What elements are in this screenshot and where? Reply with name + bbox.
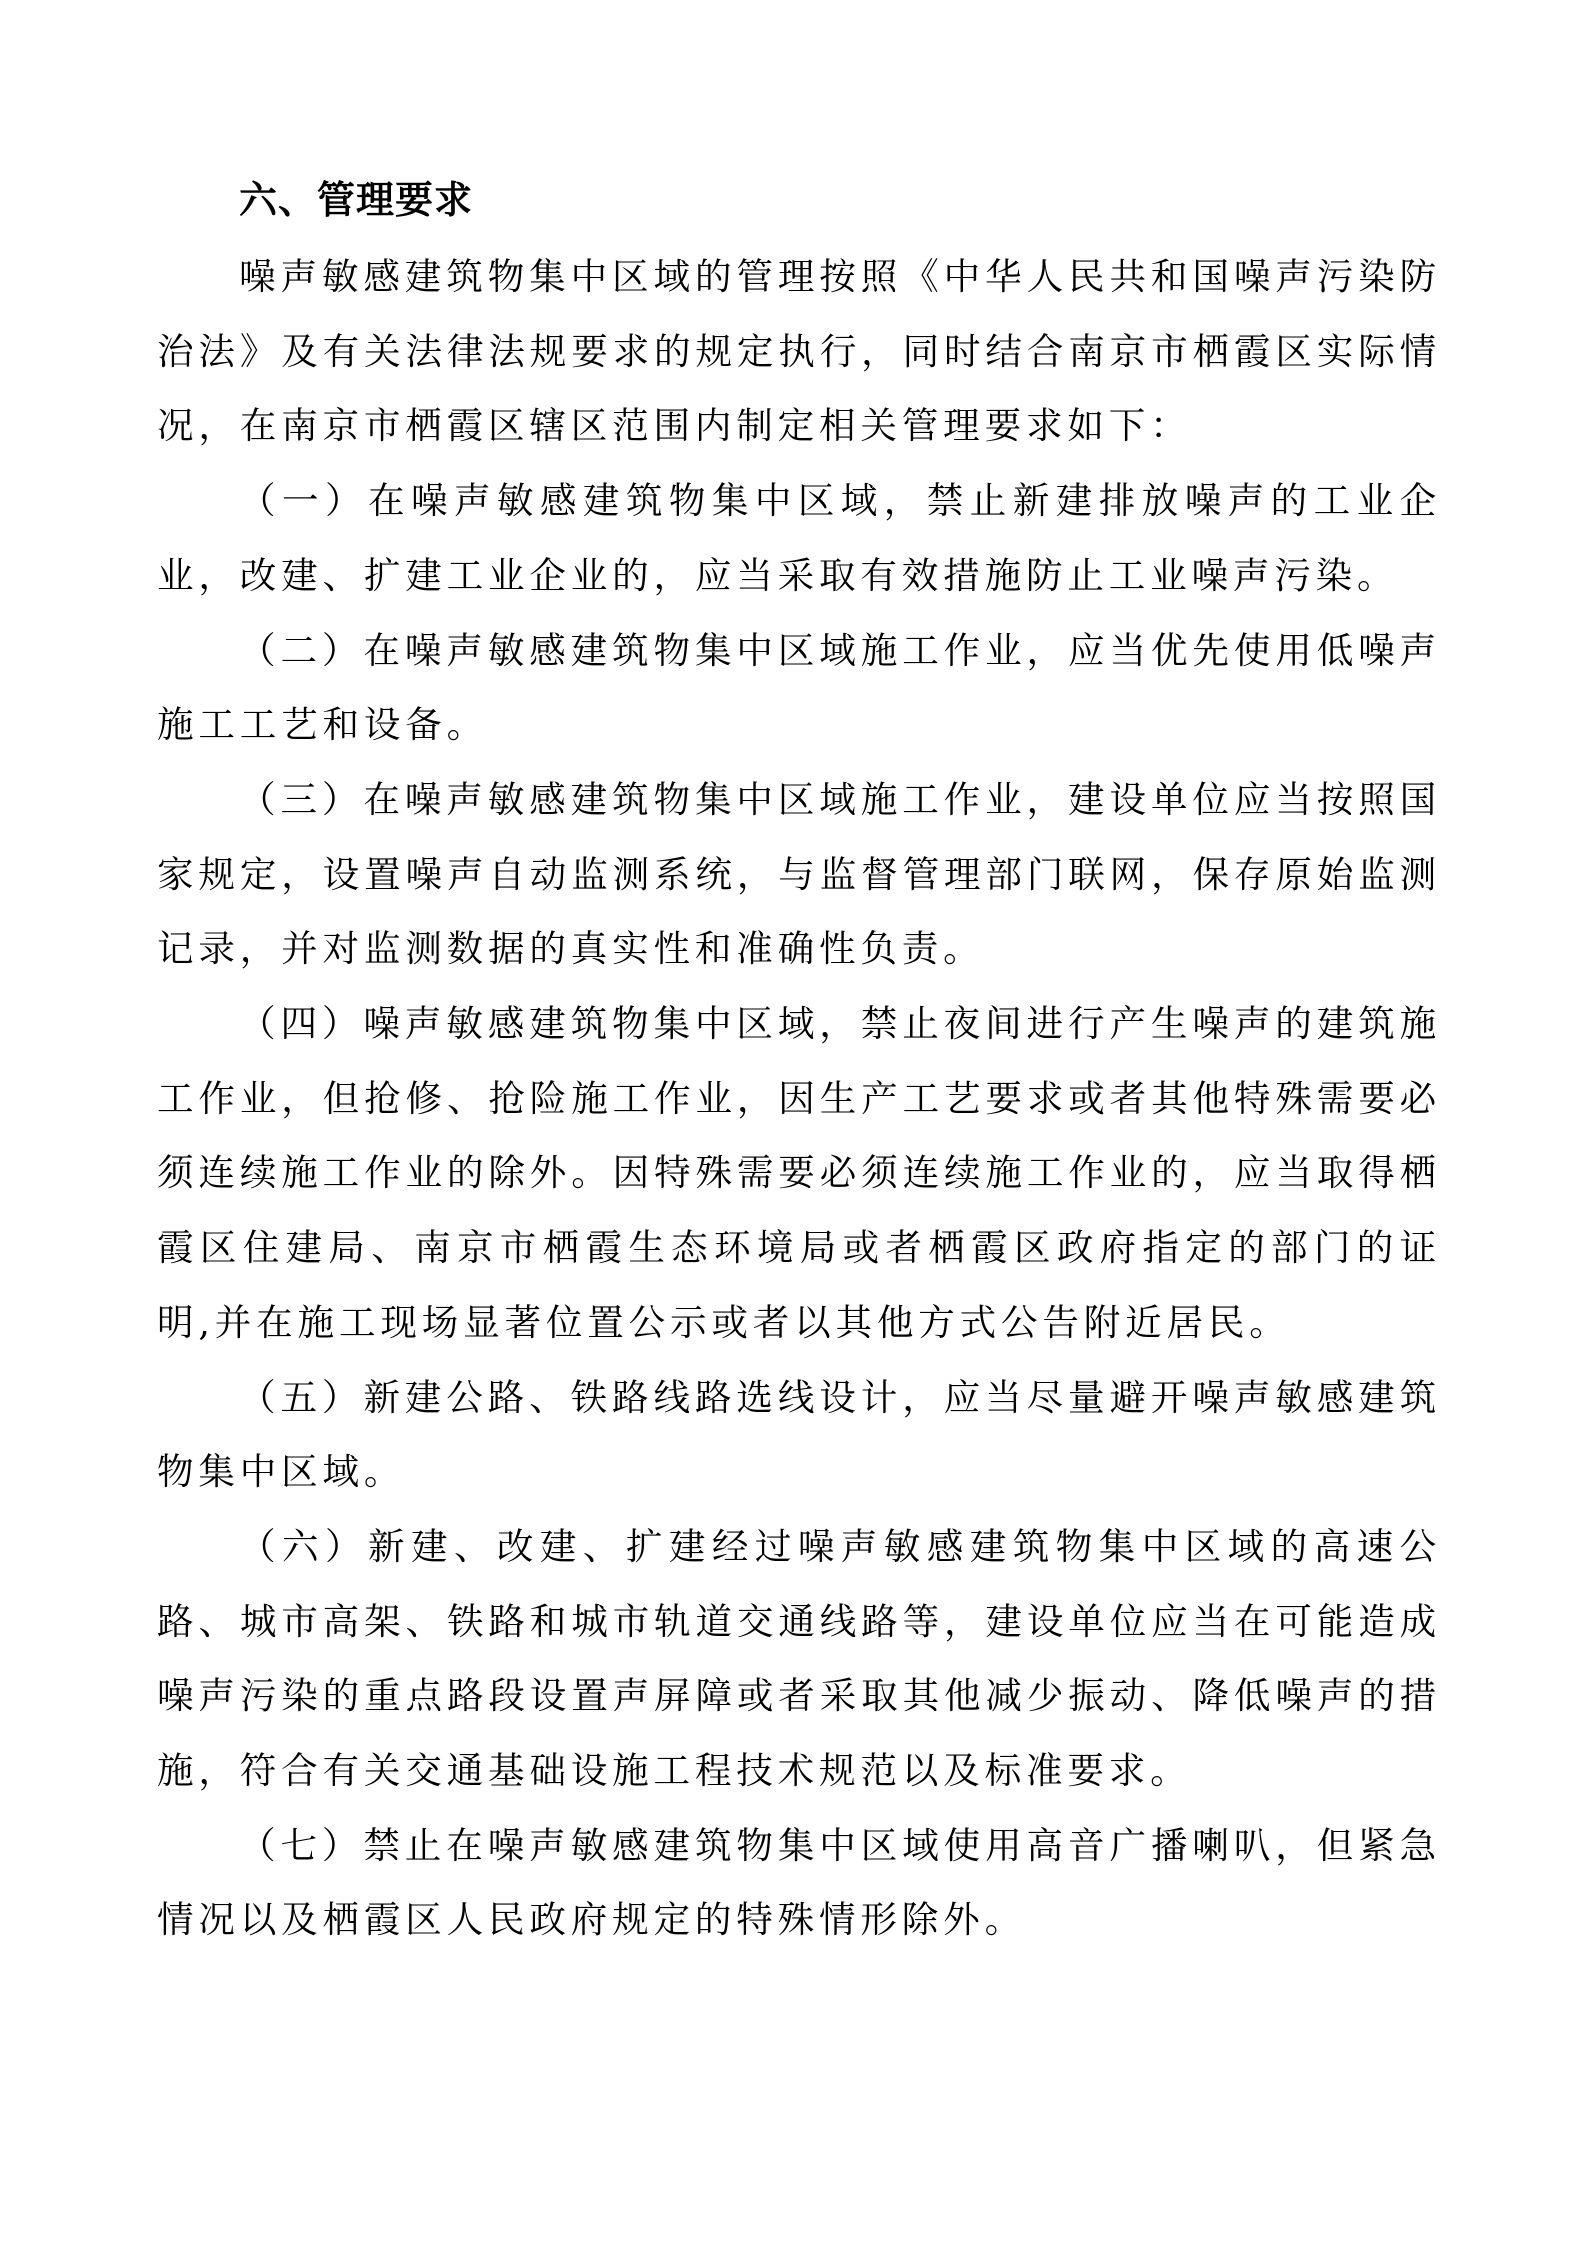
requirement-item-5: （五）新建公路、铁路线路选线设计，应当尽量避开噪声敏感建筑物集中区域。 [157,1361,1441,1510]
item-label: （四） [239,1002,363,1045]
section-heading: 六、管理要求 [239,168,1441,232]
item-text: 噪声敏感建筑物集中区域，禁止夜间进行产生噪声的建筑施工作业，但抢修、抢险施工作业… [157,1002,1441,1344]
item-label: （二） [239,629,363,672]
requirement-item-6: （六）新建、改建、扩建经过噪声敏感建筑物集中区域的高速公路、城市高架、铁路和城市… [157,1510,1441,1809]
intro-paragraph: 噪声敏感建筑物集中区域的管理按照《中华人民共和国噪声污染防治法》及有关法律法规要… [157,240,1441,464]
requirement-item-2: （二）在噪声敏感建筑物集中区域施工作业，应当优先使用低噪声施工工艺和设备。 [157,614,1441,763]
requirement-item-4: （四）噪声敏感建筑物集中区域，禁止夜间进行产生噪声的建筑施工作业，但抢修、抢险施… [157,987,1441,1361]
item-label: （六） [239,1525,368,1568]
item-label: （七） [239,1824,363,1867]
requirement-item-7: （七）禁止在噪声敏感建筑物集中区域使用高音广播喇叭，但紧急情况以及栖霞区人民政府… [157,1809,1441,1958]
item-label: （五） [239,1376,363,1419]
item-label: （三） [239,778,363,821]
item-label: （一） [239,479,368,522]
document-page: 六、管理要求 噪声敏感建筑物集中区域的管理按照《中华人民共和国噪声污染防治法》及… [157,168,1441,1958]
requirement-item-3: （三）在噪声敏感建筑物集中区域施工作业，建设单位应当按照国家规定，设置噪声自动监… [157,763,1441,987]
requirement-item-1: （一）在噪声敏感建筑物集中区域，禁止新建排放噪声的工业企业，改建、扩建工业企业的… [157,464,1441,613]
